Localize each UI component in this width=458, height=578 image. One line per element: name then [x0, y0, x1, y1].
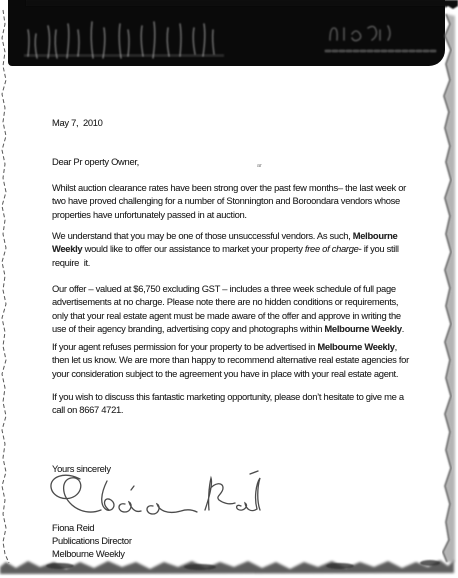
text-run: only that your real estate agent must be…	[52, 310, 401, 321]
text-line: your consideration subject to the agreem…	[52, 367, 409, 380]
text-run: Melbourne Weekly	[317, 341, 394, 352]
text-run: use of their agency branding, advertisin…	[52, 323, 324, 334]
text-run: Whilst auction clearance rates have been…	[52, 182, 406, 193]
text-line: use of their agency branding, advertisin…	[52, 322, 404, 335]
text-run: advertisements at no charge. Please note…	[52, 296, 398, 307]
text-run: - if you still	[359, 243, 399, 254]
text-line: Weekly would like to offer our assistanc…	[52, 242, 399, 255]
paragraph: We understand that you may be one of tho…	[52, 229, 399, 269]
text-run: call on 8667 4721.	[52, 404, 123, 415]
text-run: Our offer – valued at $6,750 excluding G…	[52, 283, 396, 294]
signature-title: Publications Director	[52, 534, 132, 547]
text-run: properties have unfortunately passed in …	[52, 209, 247, 220]
text-line: advertisements at no charge. Please note…	[52, 295, 404, 308]
text-line: If you wish to discuss this fantastic ma…	[52, 390, 404, 403]
text-run: Weekly	[52, 243, 82, 254]
text-line: call on 8667 4721.	[52, 403, 404, 416]
text-run: If your agent refuses permission for you…	[52, 341, 317, 352]
text-line: Our offer – valued at $6,750 excluding G…	[52, 282, 404, 295]
text-run: .	[402, 323, 404, 334]
text-run: Melbourne Weekly	[324, 323, 401, 334]
text-line: then let us know. We are more than happy…	[52, 353, 409, 366]
scanned-letter-page: May 7, 2010 Dear Pr operty Owner, ar Whi…	[0, 0, 458, 578]
paragraph: Our offer – valued at $6,750 excluding G…	[52, 282, 404, 335]
text-run: ,	[395, 341, 397, 352]
paragraph: If you wish to discuss this fantastic ma…	[52, 390, 404, 417]
text-run: Melbourne	[353, 230, 398, 241]
text-line: two have proved challenging for a number…	[52, 194, 406, 207]
text-line: We understand that you may be one of tho…	[52, 229, 399, 242]
paragraph: If your agent refuses permission for you…	[52, 340, 409, 380]
text-line: properties have unfortunately passed in …	[52, 208, 406, 221]
text-line: If your agent refuses permission for you…	[52, 340, 409, 353]
text-run: We understand that you may be one of tho…	[52, 230, 353, 241]
text-run: your consideration subject to the agreem…	[52, 368, 398, 379]
text-run: free of charge	[305, 243, 359, 254]
text-run: then let us know. We are more than happy…	[52, 354, 409, 365]
text-run: If you wish to discuss this fantastic ma…	[52, 391, 404, 402]
signature-company: Melbourne Weekly	[52, 547, 125, 560]
text-run: require it.	[52, 257, 90, 268]
signature-name: Fiona Reid	[52, 521, 94, 534]
text-run: two have proved challenging for a number…	[52, 195, 400, 206]
text-run: would like to offer our assistance to ma…	[82, 243, 305, 254]
text-line: only that your real estate agent must be…	[52, 309, 404, 322]
paragraph: Whilst auction clearance rates have been…	[52, 181, 406, 221]
signature-handwriting	[44, 469, 264, 523]
text-line: Whilst auction clearance rates have been…	[52, 181, 406, 194]
text-line: require it.	[52, 256, 399, 269]
